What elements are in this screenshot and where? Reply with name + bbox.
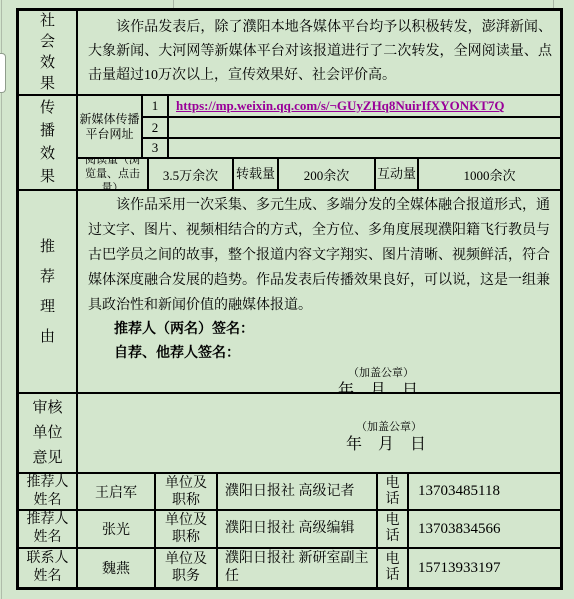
top-gridline-tick bbox=[173, 0, 174, 10]
recommend-date-line: 年 月 日 bbox=[88, 380, 552, 393]
url-row-3-cell bbox=[168, 138, 561, 158]
audit-seal-note: （加盖公章） bbox=[78, 420, 560, 434]
left-edge-tab bbox=[0, 53, 6, 93]
spread-effect-header-label: 传播效果 bbox=[40, 97, 56, 189]
audit-unit-content-cell: （加盖公章） 年 月 日 bbox=[77, 393, 561, 473]
url-row-1-cell: https://mp.weixin.qq.com/s/¬GUyZHq8NuirI… bbox=[168, 95, 561, 117]
contact-name: 魏燕 bbox=[77, 548, 155, 588]
recommend-reason-header-cell: 推荐理由 bbox=[18, 190, 77, 393]
read-count-label-cell: 阅读量（浏览量、点击量） bbox=[77, 158, 148, 190]
weixin-article-link[interactable]: https://mp.weixin.qq.com/s/¬GUyZHq8NuirI… bbox=[176, 98, 504, 114]
self-other-signature-line: 自荐、他荐人签名： bbox=[88, 342, 552, 366]
social-effect-text: 该作品发表后，除了濮阳本地各媒体平台均予以积极转发，澎湃新闻、大象新闻、大河网等… bbox=[88, 16, 552, 88]
recommender1-unit-label-cell: 单位及职称 bbox=[155, 473, 217, 510]
recommender2-role-label: 推荐人姓名 bbox=[26, 511, 70, 547]
interaction-count-label-cell: 互动量 bbox=[375, 158, 418, 190]
recommender1-phone-label-cell: 电话 bbox=[377, 473, 408, 510]
url-row-number: 1 bbox=[142, 95, 168, 117]
recommender2-unit-label-cell: 单位及职称 bbox=[155, 510, 217, 548]
url-row-number: 3 bbox=[142, 138, 168, 158]
recommender1-phone: 13703485118 bbox=[408, 473, 561, 510]
recommender2-role-cell: 推荐人姓名 bbox=[18, 510, 77, 548]
recommender1-name: 王启军 bbox=[77, 473, 155, 510]
recommend-reason-text: 该作品采用一次采集、多元生成、多端分发的全媒体融合报道形式，通过文字、图片、视频… bbox=[88, 193, 552, 318]
contact-phone-label-cell: 电话 bbox=[377, 548, 408, 588]
recommender2-phone-label: 电话 bbox=[385, 513, 400, 545]
recommender1-role-cell: 推荐人姓名 bbox=[18, 473, 77, 510]
contact-unit-label-cell: 单位及职务 bbox=[155, 548, 217, 588]
url-row-number: 2 bbox=[142, 117, 168, 138]
recommender1-unit: 濮阳日报社 高级记者 bbox=[217, 473, 377, 510]
spread-effect-header-cell: 传播效果 bbox=[18, 95, 77, 190]
recommender1-role-label: 推荐人姓名 bbox=[26, 474, 70, 510]
platform-url-label-cell: 新媒体传播平台网址 bbox=[77, 95, 142, 158]
social-effect-content-cell: 该作品发表后，除了濮阳本地各媒体平台均予以积极转发，澎湃新闻、大象新闻、大河网等… bbox=[77, 10, 561, 95]
recommender1-unit-label: 单位及职称 bbox=[164, 475, 208, 509]
recommender2-name: 张光 bbox=[77, 510, 155, 548]
social-effect-header-label: 社会效果 bbox=[40, 11, 56, 95]
platform-url-label: 新媒体传播平台网址 bbox=[80, 112, 140, 142]
top-gridline-tick bbox=[553, 0, 554, 10]
contact-role-label: 联系人姓名 bbox=[26, 550, 70, 586]
recommender2-unit: 濮阳日报社 高级编辑 bbox=[217, 510, 377, 548]
audit-date-line: 年 月 日 bbox=[78, 434, 560, 456]
contact-phone-label: 电话 bbox=[385, 552, 400, 584]
contact-phone: 15713933197 bbox=[408, 548, 561, 588]
contact-unit: 濮阳日报社 新研室副主任 bbox=[217, 548, 377, 588]
recommender1-phone-label: 电话 bbox=[385, 476, 400, 508]
recommender2-phone-label-cell: 电话 bbox=[377, 510, 408, 548]
audit-unit-header-label: 审核单位意见 bbox=[32, 396, 64, 471]
form-document-page: 社会效果 该作品发表后，除了濮阳本地各媒体平台均予以积极转发，澎湃新闻、大象新闻… bbox=[0, 0, 574, 599]
social-effect-header-cell: 社会效果 bbox=[18, 10, 77, 95]
read-count-value: 3.5万余次 bbox=[148, 158, 233, 190]
repost-count-label-cell: 转载量 bbox=[233, 158, 278, 190]
interaction-count-value: 1000余次 bbox=[418, 158, 561, 190]
recommender-signature-line: 推荐人（两名）签名： bbox=[88, 318, 552, 342]
recommender2-unit-label: 单位及职称 bbox=[164, 512, 208, 546]
recommend-seal-note: （加盖公章） bbox=[88, 366, 552, 380]
repost-count-value: 200余次 bbox=[278, 158, 375, 190]
url-row-2-cell bbox=[168, 117, 561, 138]
contact-role-cell: 联系人姓名 bbox=[18, 548, 77, 588]
recommend-reason-header-label: 推荐理由 bbox=[40, 232, 56, 352]
contact-unit-label: 单位及职务 bbox=[164, 551, 208, 585]
recommend-reason-content-cell: 该作品采用一次采集、多元生成、多端分发的全媒体融合报道形式，通过文字、图片、视频… bbox=[77, 190, 561, 393]
recommender2-phone: 13703834566 bbox=[408, 510, 561, 548]
audit-unit-header-cell: 审核单位意见 bbox=[18, 393, 77, 473]
